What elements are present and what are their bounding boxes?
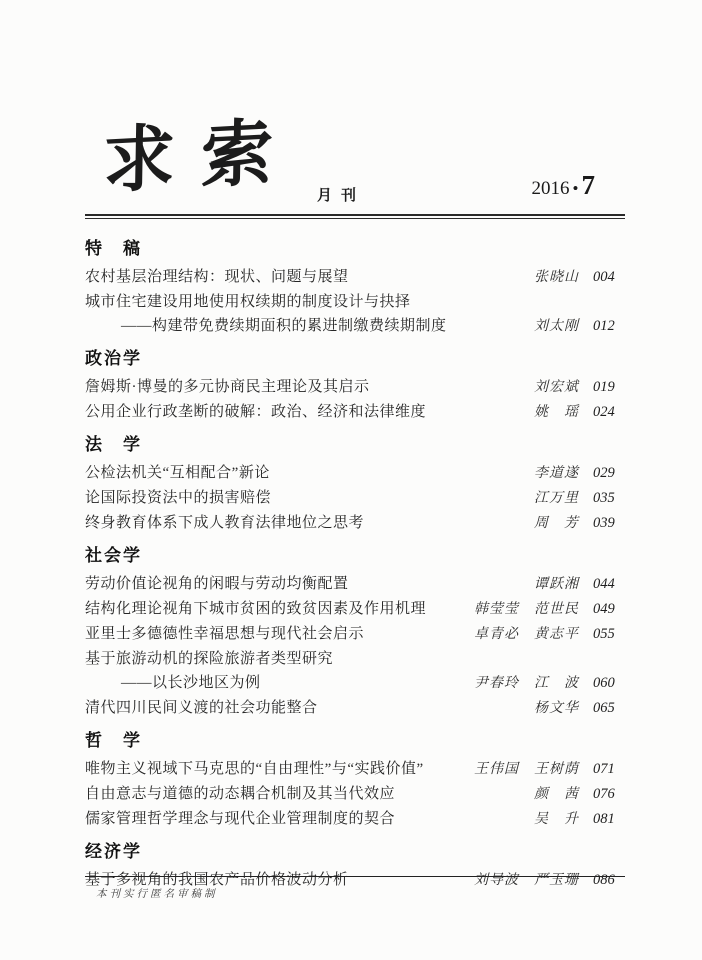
- article-page-number: 044: [593, 572, 625, 596]
- toc-entry-row: ——构建带免费续期面积的累进制缴费续期制度刘太刚012: [85, 314, 625, 339]
- toc-entry-row: 唯物主义视域下马克思的“自由理性”与“实践价值”王伟国 王树荫071: [85, 757, 625, 782]
- article-title: 结构化理论视角下城市贫困的致贫因素及作用机理: [85, 597, 458, 621]
- toc-entry-row: 亚里士多德德性幸福思想与现代社会启示卓青必 黄志平055: [85, 622, 625, 647]
- article-title: 劳动价值论视角的闲暇与劳动均衡配置: [85, 572, 518, 596]
- footer-divider: [85, 876, 625, 877]
- footer-note: 本刊实行匿名审稿制: [96, 886, 218, 901]
- toc-section: 哲 学唯物主义视域下马克思的“自由理性”与“实践价值”王伟国 王树荫071自由意…: [85, 730, 625, 832]
- article-title: 詹姆斯·博曼的多元协商民主理论及其启示: [85, 375, 518, 399]
- article-authors: 刘宏斌: [534, 376, 579, 400]
- toc-entry-row: 论国际投资法中的损害赔偿江万里035: [85, 486, 625, 511]
- article-page-number: 060: [593, 671, 625, 695]
- article-page-number: 055: [593, 622, 625, 646]
- article-authors: 周 芳: [534, 512, 579, 536]
- header-divider: [85, 214, 625, 219]
- issue-year: 2016: [532, 178, 570, 199]
- article-page-number: 004: [593, 265, 625, 289]
- masthead: 求索 月刊 2016•7: [85, 118, 625, 216]
- section-title: 法 学: [85, 434, 625, 456]
- toc-entry-row: 劳动价值论视角的闲暇与劳动均衡配置谭跃湘044: [85, 572, 625, 597]
- section-title: 政治学: [85, 348, 625, 370]
- article-title: 城市住宅建设用地使用权续期的制度设计与抉择: [85, 290, 625, 314]
- article-title: 亚里士多德德性幸福思想与现代社会启示: [85, 622, 458, 646]
- toc-entry-row: 清代四川民间义渡的社会功能整合杨文华065: [85, 696, 625, 721]
- toc-entry-row: 自由意志与道德的动态耦合机制及其当代效应颜 茜076: [85, 782, 625, 807]
- article-authors: 姚 瑶: [534, 401, 579, 425]
- article-title: 清代四川民间义渡的社会功能整合: [85, 696, 518, 720]
- journal-subtitle: 月刊: [317, 184, 365, 205]
- article-page-number: 049: [593, 597, 625, 621]
- article-page-number: 012: [593, 314, 625, 338]
- article-page-number: 039: [593, 511, 625, 535]
- section-title: 经济学: [85, 841, 625, 863]
- article-authors: 王伟国 王树荫: [474, 758, 579, 782]
- journal-toc-page: 求索 月刊 2016•7 特 稿农村基层治理结构：现状、问题与展望张晓山004城…: [0, 0, 702, 960]
- article-page-number: 081: [593, 807, 625, 831]
- toc-entry-row: 结构化理论视角下城市贫困的致贫因素及作用机理韩莹莹 范世民049: [85, 597, 625, 622]
- toc-section: 政治学詹姆斯·博曼的多元协商民主理论及其启示刘宏斌019公用企业行政垄断的破解：…: [85, 348, 625, 425]
- article-authors: 谭跃湘: [534, 573, 579, 597]
- article-title: 公用企业行政垄断的破解：政治、经济和法律维度: [85, 400, 518, 424]
- article-page-number: 024: [593, 400, 625, 424]
- toc-entry-row: 公检法机关“互相配合”新论李道遂029: [85, 461, 625, 486]
- section-title: 特 稿: [85, 238, 625, 260]
- article-title: 基于旅游动机的探险旅游者类型研究: [85, 647, 625, 671]
- article-authors: 刘太刚: [534, 315, 579, 339]
- article-authors: 杨文华: [534, 697, 579, 721]
- section-title: 社会学: [85, 545, 625, 567]
- toc-entry-row: 詹姆斯·博曼的多元协商民主理论及其启示刘宏斌019: [85, 375, 625, 400]
- toc-entry-row: 终身教育体系下成人教育法律地位之思考周 芳039: [85, 511, 625, 536]
- article-authors: 李道遂: [534, 462, 579, 486]
- article-page-number: 065: [593, 696, 625, 720]
- article-authors: 吴 升: [534, 808, 579, 832]
- article-authors: 张晓山: [534, 266, 579, 290]
- article-title: 论国际投资法中的损害赔偿: [85, 486, 518, 510]
- toc-entry-row: ——以长沙地区为例尹春玲 江 波060: [85, 671, 625, 696]
- section-title: 哲 学: [85, 730, 625, 752]
- article-title: 唯物主义视域下马克思的“自由理性”与“实践价值”: [85, 757, 458, 781]
- article-authors: 颜 茜: [534, 783, 579, 807]
- article-title: ——以长沙地区为例: [85, 671, 458, 695]
- toc-entry-row: 基于旅游动机的探险旅游者类型研究: [85, 647, 625, 671]
- article-title: 儒家管理哲学理念与现代企业管理制度的契合: [85, 807, 518, 831]
- article-authors: 卓青必 黄志平: [474, 623, 579, 647]
- toc-section: 社会学劳动价值论视角的闲暇与劳动均衡配置谭跃湘044结构化理论视角下城市贫困的致…: [85, 545, 625, 721]
- issue-date: 2016•7: [532, 170, 595, 201]
- article-title: 终身教育体系下成人教育法律地位之思考: [85, 511, 518, 535]
- issue-separator: •: [570, 179, 582, 198]
- journal-logo: 求索: [103, 115, 300, 197]
- article-title: 农村基层治理结构：现状、问题与展望: [85, 265, 518, 289]
- article-authors: 江万里: [534, 487, 579, 511]
- toc-section: 法 学公检法机关“互相配合”新论李道遂029论国际投资法中的损害赔偿江万里035…: [85, 434, 625, 536]
- toc-entry-row: 儒家管理哲学理念与现代企业管理制度的契合吴 升081: [85, 807, 625, 832]
- toc-entry-row: 农村基层治理结构：现状、问题与展望张晓山004: [85, 265, 625, 290]
- article-page-number: 086: [593, 868, 625, 892]
- article-title: 自由意志与道德的动态耦合机制及其当代效应: [85, 782, 518, 806]
- article-authors: 韩莹莹 范世民: [474, 598, 579, 622]
- toc-entry-row: 公用企业行政垄断的破解：政治、经济和法律维度姚 瑶024: [85, 400, 625, 425]
- article-title: 公检法机关“互相配合”新论: [85, 461, 518, 485]
- article-title: ——构建带免费续期面积的累进制缴费续期制度: [85, 314, 518, 338]
- article-page-number: 071: [593, 757, 625, 781]
- article-authors: 尹春玲 江 波: [474, 672, 579, 696]
- article-page-number: 029: [593, 461, 625, 485]
- article-page-number: 076: [593, 782, 625, 806]
- article-page-number: 035: [593, 486, 625, 510]
- toc-entry-row: 城市住宅建设用地使用权续期的制度设计与抉择: [85, 290, 625, 314]
- issue-number: 7: [582, 170, 596, 200]
- toc-section: 特 稿农村基层治理结构：现状、问题与展望张晓山004城市住宅建设用地使用权续期的…: [85, 238, 625, 339]
- article-authors: 刘导波 严玉珊: [474, 869, 579, 893]
- toc: 特 稿农村基层治理结构：现状、问题与展望张晓山004城市住宅建设用地使用权续期的…: [85, 238, 625, 893]
- article-page-number: 019: [593, 375, 625, 399]
